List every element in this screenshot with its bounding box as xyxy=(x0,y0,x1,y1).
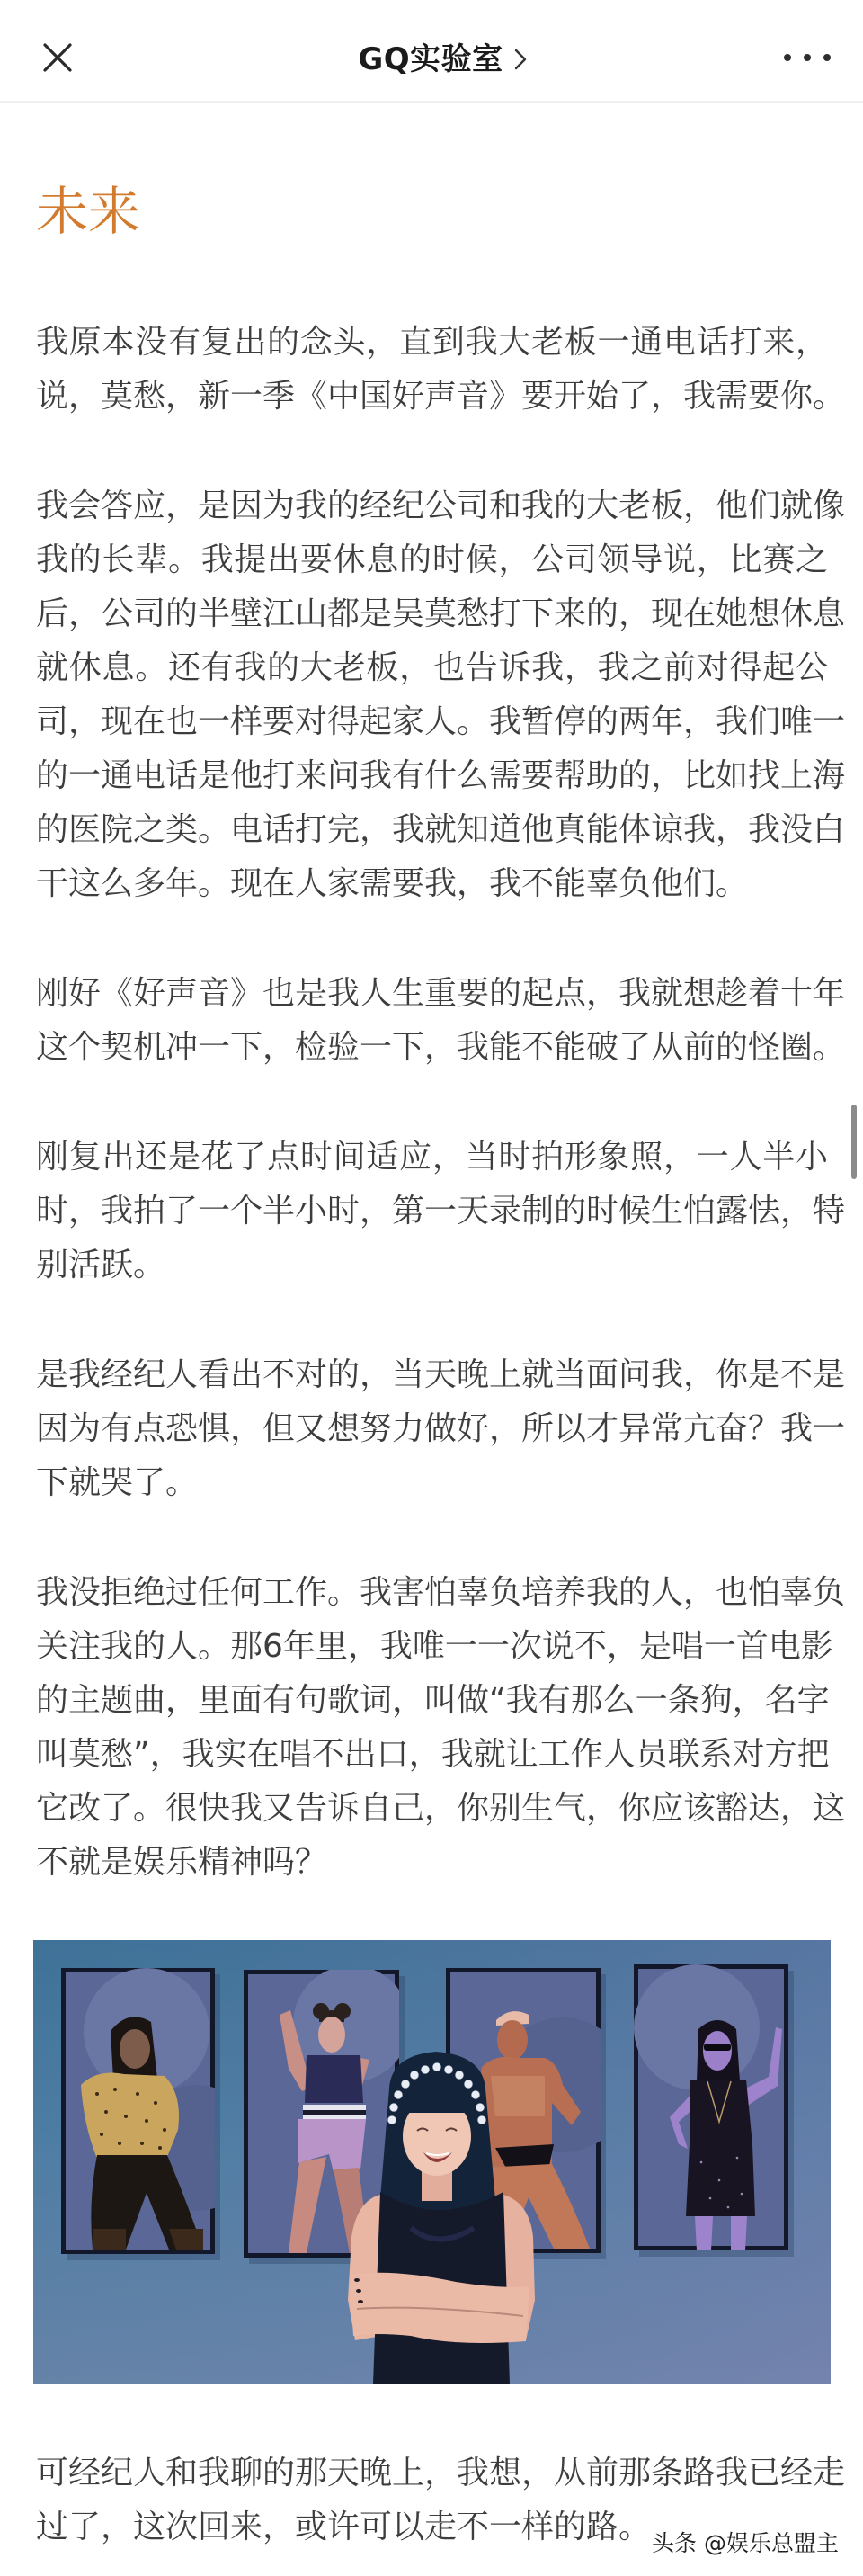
paragraph: 刚好《好声音》也是我人生重要的起点，我就想趁着十年 这个契机冲一下，检验一下，我… xyxy=(36,967,828,1075)
paragraph-line: 关注我的人。那6年里，我唯一一次说不，是唱一首电影 xyxy=(36,1620,828,1674)
article-section-title: 未来 xyxy=(36,180,140,243)
paragraph-line: 下就哭了。 xyxy=(36,1456,828,1510)
paragraph: 是我经纪人看出不对的，当天晚上就当面问我，你是不是 因为有点恐惧，但又想努力做好… xyxy=(36,1348,828,1510)
paragraph-line: 就休息。还有我的大老板，也告诉我，我之前对得起公 xyxy=(36,641,828,695)
paragraph-line: 不就是娱乐精神吗？ xyxy=(36,1836,828,1890)
account-title-link[interactable]: GQ实验室 xyxy=(0,32,863,86)
scrollbar-thumb[interactable] xyxy=(851,1105,857,1179)
paragraph: 我没拒绝过任何工作。我害怕辜负培养我的人，也怕辜负 关注我的人。那6年里，我唯一… xyxy=(36,1566,828,1890)
paragraph-line: 刚复出还是花了点时间适应，当时拍形象照，一人半小 xyxy=(36,1131,828,1185)
paragraph-line: 叫莫愁”，我实在唱不出口，我就让工作人员联系对方把 xyxy=(36,1728,828,1782)
paragraph-line: 时，我拍了一个半小时，第一天录制的时候生怕露怯，特 xyxy=(36,1185,828,1239)
more-horizontal-icon xyxy=(804,54,811,61)
chevron-right-icon xyxy=(514,49,527,70)
paragraph-line: 后，公司的半壁江山都是吴莫愁打下来的，现在她想休息 xyxy=(36,587,828,641)
more-horizontal-icon xyxy=(784,54,791,61)
illustration-image xyxy=(33,1940,831,2384)
paragraph: 我原本没有复出的念头，直到我大老板一通电话打来， 说，莫愁，新一季《中国好声音》… xyxy=(36,316,828,424)
source-watermark: 头条 @娱乐总盟主 xyxy=(652,2529,839,2558)
paragraph-line: 我没拒绝过任何工作。我害怕辜负培养我的人，也怕辜负 xyxy=(36,1566,828,1620)
more-options-button[interactable] xyxy=(784,43,831,72)
paragraph-line: 我原本没有复出的念头，直到我大老板一通电话打来， xyxy=(36,316,828,370)
paragraph-line: 干这么多年。现在人家需要我，我不能辜负他们。 xyxy=(36,857,828,911)
account-name: GQ实验室 xyxy=(358,32,503,86)
paragraph-line: 的一通电话是他打来问我有什么需要帮助的，比如找上海 xyxy=(36,749,828,803)
paragraph-line: 我会答应，是因为我的经纪公司和我的大老板，他们就像 xyxy=(36,479,828,533)
paragraph-line: 的医院之类。电话打完，我就知道他真能体谅我，我没白 xyxy=(36,803,828,857)
article-illustration[interactable] xyxy=(33,1940,831,2384)
paragraph-line: 别活跃。 xyxy=(36,1239,828,1292)
paragraph: 刚复出还是花了点时间适应，当时拍形象照，一人半小 时，我拍了一个半小时，第一天录… xyxy=(36,1131,828,1292)
paragraph-line: 它改了。很快我又告诉自己，你别生气，你应该豁达，这 xyxy=(36,1782,828,1836)
paragraph-line: 可经纪人和我聊的那天晚上，我想，从前那条路我已经走 xyxy=(36,2446,828,2500)
paragraph-line: 说，莫愁，新一季《中国好声音》要开始了，我需要你。 xyxy=(36,370,828,424)
paragraph-line: 这个契机冲一下，检验一下，我能不能破了从前的怪圈。 xyxy=(36,1021,828,1075)
paragraph-line: 因为有点恐惧，但又想努力做好，所以才异常亢奋？我一 xyxy=(36,1402,828,1456)
paragraph: 我会答应，是因为我的经纪公司和我的大老板，他们就像 我的长辈。我提出要休息的时候… xyxy=(36,479,828,911)
paragraph-line: 司，现在也一样要对得起家人。我暂停的两年，我们唯一 xyxy=(36,695,828,749)
paragraph-line: 的主题曲，里面有句歌词，叫做“我有那么一条狗，名字 xyxy=(36,1674,828,1728)
paragraph-line: 是我经纪人看出不对的，当天晚上就当面问我，你是不是 xyxy=(36,1348,828,1402)
more-horizontal-icon xyxy=(823,54,831,61)
paragraph-line: 我的长辈。我提出要休息的时候，公司领导说，比赛之 xyxy=(36,533,828,587)
top-nav-bar: GQ实验室 xyxy=(0,0,863,103)
paragraph-line: 刚好《好声音》也是我人生重要的起点，我就想趁着十年 xyxy=(36,967,828,1021)
